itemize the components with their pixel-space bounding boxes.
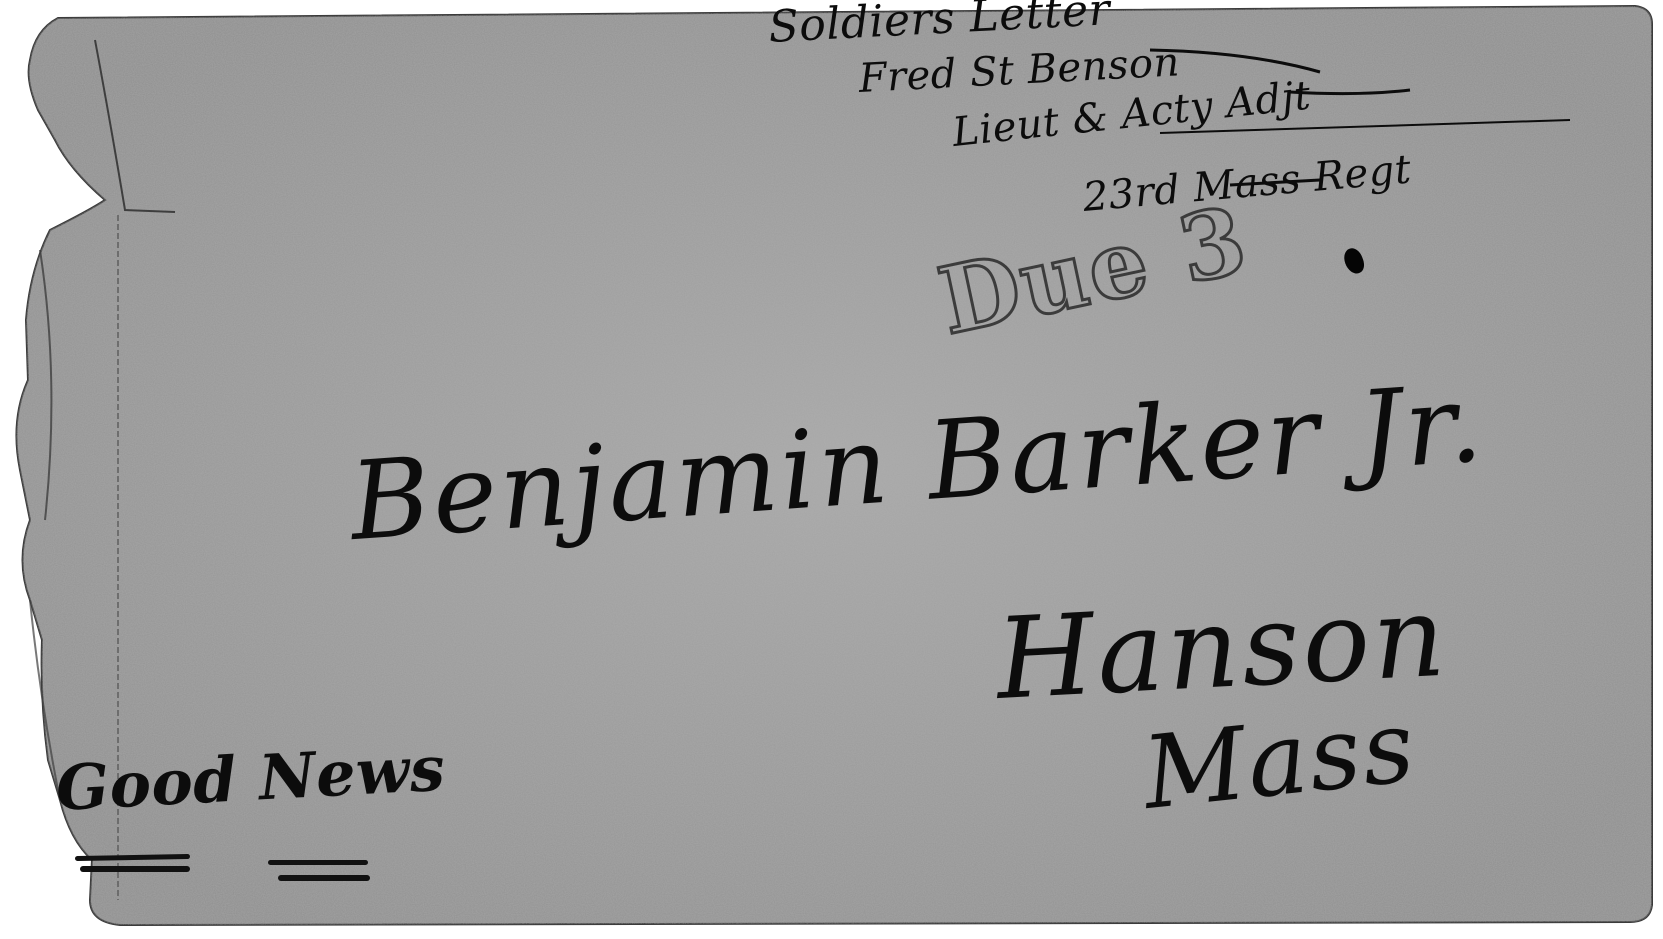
endorsement-underline: [268, 860, 368, 865]
endorsement-underline: [278, 875, 370, 881]
document-viewer: Soldiers Letter Fred St Benson Lieut & A…: [0, 0, 1663, 939]
envelope: Soldiers Letter Fred St Benson Lieut & A…: [0, 0, 1663, 939]
endorsement-underline: [80, 866, 190, 872]
